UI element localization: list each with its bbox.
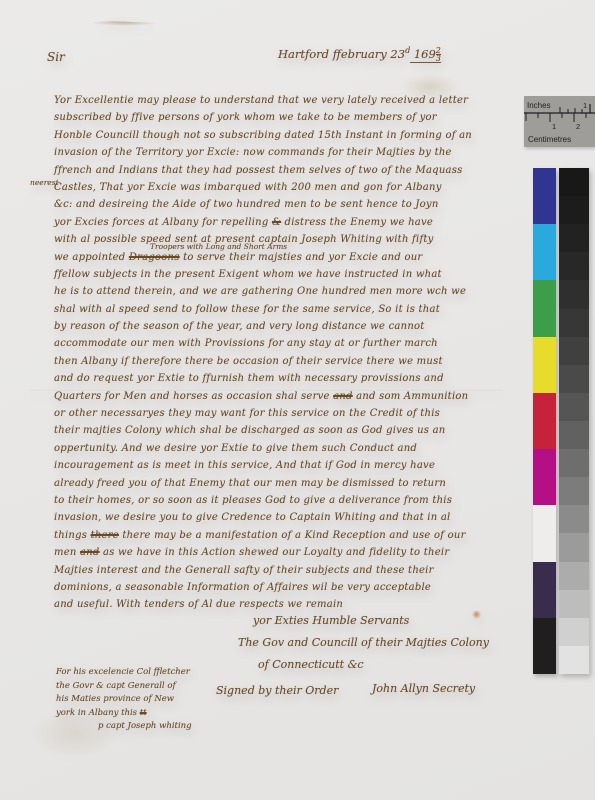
ruler-inch-1: 1 (583, 101, 587, 110)
grayscale-calibration-bar (559, 168, 589, 674)
color-patch (533, 393, 556, 449)
manuscript-line: Honble Councill though not so subscribin… (54, 127, 508, 144)
manuscript-line: incouragement as is meet in this service… (54, 457, 508, 474)
manuscript-line: subscribed by ffive persons of york whom… (54, 109, 508, 126)
line-text: Yor Excellentie may please to understand… (54, 95, 468, 106)
manuscript-line: his Maties province of New (56, 693, 246, 707)
struck-word: there (91, 530, 119, 541)
color-calibration-bar (533, 168, 556, 674)
line-text: yor Excies forces at Albany for repellin… (54, 217, 272, 228)
line-text: Quarters for Men and horses as occasion … (54, 391, 333, 402)
manuscript-line: the Govr & capt Generall of (56, 680, 246, 694)
ruler-cm-1: 1 (552, 122, 556, 131)
line-text: Honble Councill though not so subscribin… (54, 130, 472, 141)
manuscript-line: men and as we have in this Action shewed… (54, 544, 508, 561)
line-text: then Albany if therefore there be occasi… (54, 356, 443, 367)
gray-step (559, 562, 589, 590)
gray-step (559, 505, 589, 533)
line-text: &c: and desireing the Aide of two hundre… (54, 199, 439, 210)
line-text: there may be a manifestation of a Kind R… (119, 530, 466, 541)
ruler-inches-label: Inches (527, 101, 551, 110)
line-text: men (54, 547, 80, 558)
color-patch (533, 618, 556, 674)
line-text: oppertunity. And we desire yor Extie to … (54, 443, 417, 454)
gray-step (559, 196, 589, 224)
line-text: his Maties province of New (56, 694, 174, 704)
struck-word: and (80, 547, 100, 558)
line-text: dominions, a seasonable Information of A… (54, 582, 431, 593)
manuscript-line: york in Albany this tt (56, 707, 246, 721)
ruler-card: Inches 1 1 2 Centimetres (524, 96, 595, 147)
gray-step (559, 365, 589, 393)
manuscript-line: or other necessaryes they may want for t… (54, 405, 508, 422)
manuscript-line: p capt Joseph whiting (56, 720, 246, 734)
manuscript-line: Majties interest and the Generall safty … (54, 562, 508, 579)
ruler-graphic: Inches 1 1 2 Centimetres (524, 96, 595, 147)
manuscript-line: shal with al speed send to follow these … (54, 301, 508, 318)
manuscript-line: dominions, a seasonable Information of A… (54, 579, 508, 596)
line-text: things (54, 530, 91, 541)
archival-photo: Sir Hartford ffebruary 23d 16923 neerest… (0, 0, 595, 800)
address-note: For his excelencie Col ffletcherthe Govr… (56, 666, 246, 734)
color-patch (533, 224, 556, 280)
line-text: to their homes, or so soon as it pleases… (54, 495, 452, 506)
line-text: shal with al speed send to follow these … (54, 304, 440, 315)
manuscript-line: and do request yor Extie to ffurnish the… (54, 370, 508, 387)
line-text: invasion, we desire you to give Credence… (54, 512, 451, 523)
line-text: accommodate our men with Provissions for… (54, 338, 438, 349)
manuscript-line: invasion, we desire you to give Credence… (54, 509, 508, 526)
line-text: distress the Enemy we have (281, 217, 433, 228)
manuscript-line: ffellow subjects in the present Exigent … (54, 266, 508, 283)
line-text: we appointed (54, 252, 129, 263)
line-text: p capt Joseph whiting (98, 721, 192, 731)
gray-step (559, 337, 589, 365)
line-text: he is to attend therein, and we are gath… (54, 286, 466, 297)
closing-line-3: of Connecticutt &c (258, 658, 364, 671)
line-text: subscribed by ffive persons of york whom… (54, 112, 437, 123)
struck-word: tt (140, 708, 147, 718)
closing-line-2: The Gov and Councill of their Majties Co… (238, 636, 489, 649)
line-text: and useful. With tenders of Al due respe… (54, 599, 343, 610)
manuscript-line: he is to attend therein, and we are gath… (54, 283, 508, 300)
line-text: Majties interest and the Generall safty … (54, 565, 434, 576)
gray-step (559, 533, 589, 561)
line-text: to serve their majsties and yor Excie an… (180, 252, 423, 263)
line-text: and do request yor Extie to ffurnish the… (54, 373, 444, 384)
line-text: For his excelencie Col ffletcher (56, 667, 190, 677)
letter-body: Yor Excellentie may please to understand… (54, 92, 508, 614)
manuscript-line: ffrench and Indians that they had posses… (54, 162, 508, 179)
ruler-cm-2: 2 (576, 122, 580, 131)
manuscript-line: Quarters for Men and horses as occasion … (54, 388, 508, 405)
line-text: invasion of the Territory yor Excie: now… (54, 147, 452, 158)
line-text: york in Albany this (56, 708, 140, 718)
manuscript-line: Yor Excellentie may please to understand… (54, 92, 508, 109)
color-patch (533, 449, 556, 505)
line-text: as we have in this Action shewed our Loy… (100, 547, 450, 558)
color-patch (533, 562, 556, 618)
line-text: the Govr & capt Generall of (56, 681, 176, 691)
gray-step (559, 168, 589, 196)
line-text: incouragement as is meet in this service… (54, 460, 435, 471)
color-patch (533, 168, 556, 224)
line-text: ffellow subjects in the present Exigent … (54, 269, 442, 280)
line-text: and som Ammunition (353, 391, 469, 402)
dateline-year: 16923 (410, 47, 441, 63)
gray-step (559, 421, 589, 449)
gray-step (559, 224, 589, 252)
manuscript-line: then Albany if therefore there be occasi… (54, 353, 508, 370)
gray-step (559, 477, 589, 505)
line-text: by reason of the season of the year, and… (54, 321, 425, 332)
manuscript-line: things there there may be a manifestatio… (54, 527, 508, 544)
manuscript-line: For his excelencie Col ffletcher (56, 666, 246, 680)
manuscript-line: their majties Colony which shal be disch… (54, 422, 508, 439)
manuscript-line: already freed you of that Enemy that our… (54, 475, 508, 492)
line-text: already freed you of that Enemy that our… (54, 478, 446, 489)
gray-step (559, 618, 589, 646)
line-text: ffrench and Indians that they had posses… (54, 165, 463, 176)
gray-step (559, 590, 589, 618)
manuscript-line: and useful. With tenders of Al due respe… (54, 596, 508, 613)
gray-step (559, 252, 589, 280)
struck-word: and (333, 391, 353, 402)
dateline-year-fraction: 23 (436, 47, 441, 62)
struck-word: & (272, 217, 281, 228)
gray-step (559, 449, 589, 477)
manuscript-line: oppertunity. And we desire yor Extie to … (54, 440, 508, 457)
manuscript-line: we appointed Troopers with Long and Shor… (54, 249, 508, 266)
ruler-centimetres-label: Centimetres (528, 135, 571, 144)
dateline: Hartford ffebruary 23d 16923 (278, 46, 441, 62)
gray-step (559, 309, 589, 337)
stain-top-edge (90, 18, 160, 26)
closing-line-1: yor Exties Humble Servants (253, 614, 409, 627)
struck-word: Dragoons (129, 252, 180, 263)
interlinear-insertion: Troopers with Long and Short Arms (150, 242, 287, 251)
line-text: Castles, That yor Excie was imbarqued wi… (54, 182, 442, 193)
manuscript-line: by reason of the season of the year, and… (54, 318, 508, 335)
color-patch (533, 505, 556, 561)
color-patch (533, 337, 556, 393)
manuscript-line: Castles, That yor Excie was imbarqued wi… (54, 179, 508, 196)
color-patch (533, 280, 556, 336)
secretary-signature: John Allyn Secrety (372, 682, 475, 695)
gray-step (559, 280, 589, 308)
manuscript-line: &c: and desireing the Aide of two hundre… (54, 196, 508, 213)
gray-step (559, 393, 589, 421)
manuscript-paper: Sir Hartford ffebruary 23d 16923 neerest… (20, 18, 512, 790)
gray-step (559, 646, 589, 674)
line-text: their majties Colony which shal be disch… (54, 425, 445, 436)
manuscript-line: invasion of the Territory yor Excie: now… (54, 144, 508, 161)
manuscript-paper-wrap: Sir Hartford ffebruary 23d 16923 neerest… (20, 18, 512, 790)
manuscript-line: accommodate our men with Provissions for… (54, 335, 508, 352)
dateline-place-date: Hartford ffebruary 23 (278, 47, 405, 61)
manuscript-line: to their homes, or so soon as it pleases… (54, 492, 508, 509)
line-text: or other necessaryes they may want for t… (54, 408, 440, 419)
salutation: Sir (47, 50, 65, 64)
manuscript-line: yor Excies forces at Albany for repellin… (54, 214, 508, 231)
